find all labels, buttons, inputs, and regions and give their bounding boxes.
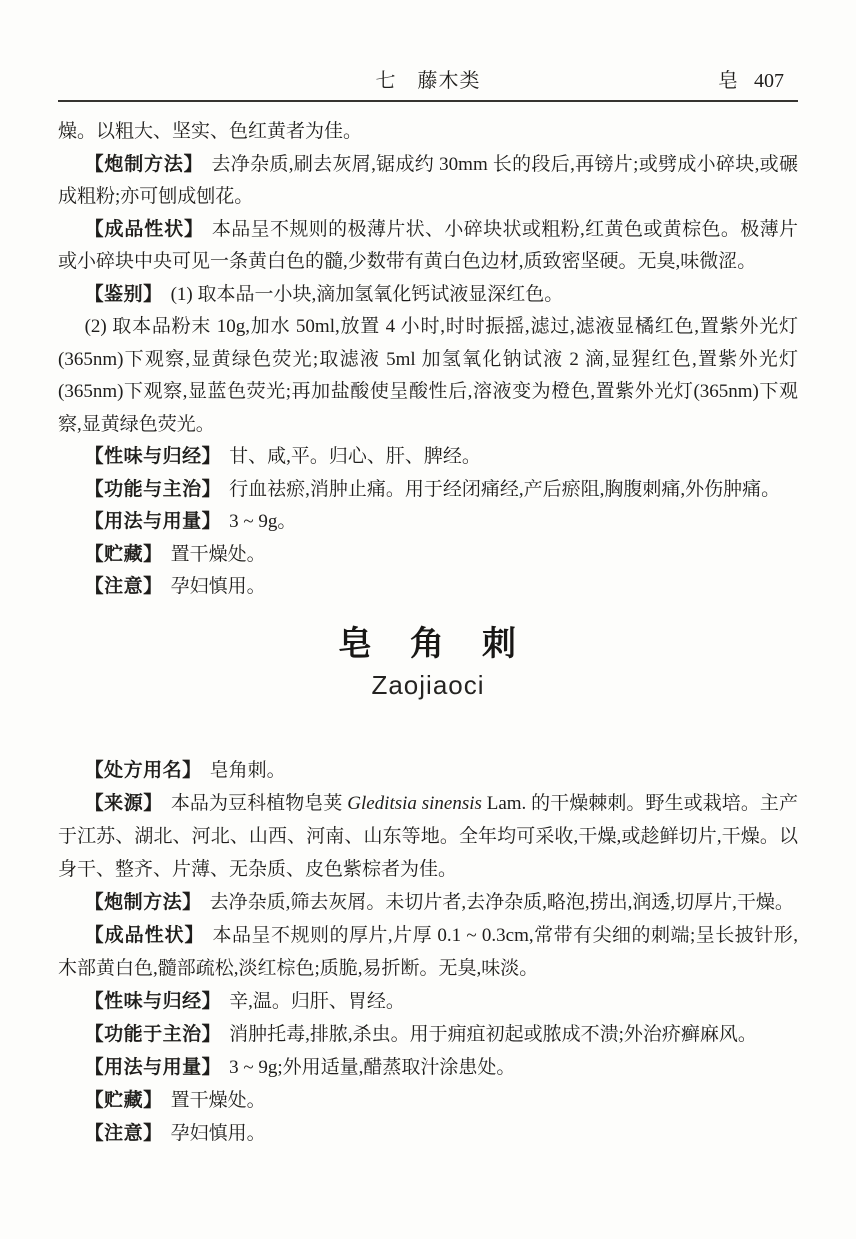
field-label: 【炮制方法】 [85,154,204,175]
field-label: 【功能于主治】 [85,1024,222,1045]
field-text: 去净杂质,筛去灰屑。未切片者,去净杂质,略泡,捞出,润透,切厚片,干燥。 [210,892,794,913]
field-label: 【鉴别】 [85,284,163,305]
paragraph-gongneng: 【功能于主治】消肿托毒,排脓,杀虫。用于痈疽初起或脓成不溃;外治疥癣麻风。 [58,1018,798,1051]
monograph-pinyin: Zaojiaoci [58,668,798,702]
latin-binomial: Gleditsia sinensis [347,793,482,814]
field-text: 燥。以粗大、坚实、色红黄者为佳。 [58,121,362,142]
paragraph-gongneng: 【功能与主治】行血祛瘀,消肿止痛。用于经闭痛经,产后瘀阻,胸腹刺痛,外伤肿痛。 [58,474,798,507]
paragraph-chufang: 【处方用名】皂角刺。 [58,754,798,787]
paragraph-yongfa: 【用法与用量】3 ~ 9g;外用适量,醋蒸取汁涂患处。 [58,1051,798,1084]
field-label: 【贮藏】 [85,544,163,565]
zaojiaoci-monograph-body: 【处方用名】皂角刺。 【来源】本品为豆科植物皂荚 Gleditsia sinen… [58,754,798,1150]
field-text: (1) 取本品一小块,滴加氢氧化钙试液显深红色。 [171,284,564,305]
field-text: 行血祛瘀,消肿止痛。用于经闭痛经,产后瘀阻,胸腹刺痛,外伤肿痛。 [229,479,780,500]
field-label: 【处方用名】 [85,760,202,781]
field-label: 【用法与用量】 [85,511,222,532]
paragraph-chengpin: 【成品性状】本品呈不规则的极薄片状、小碎块状或粗粉,红黄色或黄棕色。极薄片或小碎… [58,214,798,279]
paragraph-zhucang: 【贮藏】置干燥处。 [58,539,798,572]
field-text: 皂角刺。 [210,760,286,781]
monograph-heading: 皂 角 刺 Zaojiaoci [58,622,798,702]
field-text: 置干燥处。 [171,544,266,565]
book-page: 七 藤木类 皂407 燥。以粗大、坚实、色红黄者为佳。 【炮制方法】去净杂质,刷… [0,0,856,1239]
field-text: (2) 取本品粉末 10g,加水 50ml,放置 4 小时,时时振摇,滤过,滤液… [58,316,798,435]
monograph-title: 皂 角 刺 [58,622,798,666]
paragraph-jianbie-1: 【鉴别】(1) 取本品一小块,滴加氢氧化钙试液显深红色。 [58,279,798,312]
paragraph-zhucang: 【贮藏】置干燥处。 [58,1084,798,1117]
field-text: 辛,温。归肝、胃经。 [229,991,405,1012]
paragraph-xingwei: 【性味与归经】辛,温。归肝、胃经。 [58,985,798,1018]
field-label: 【功能与主治】 [85,479,222,500]
field-text: 甘、咸,平。归心、肝、脾经。 [229,446,481,467]
paragraph-zhuyi: 【注意】孕妇慎用。 [58,1117,798,1150]
paragraph-paozhi: 【炮制方法】去净杂质,筛去灰屑。未切片者,去净杂质,略泡,捞出,润透,切厚片,干… [58,886,798,919]
field-label: 【成品性状】 [85,925,205,946]
paragraph-continuation: 燥。以粗大、坚实、色红黄者为佳。 [58,116,798,149]
page-header-right: 皂407 [718,66,784,96]
paragraph-chengpin: 【成品性状】本品呈不规则的厚片,片厚 0.1 ~ 0.3cm,常带有尖细的刺端;… [58,919,798,985]
chapter-title: 七 藤木类 [376,66,481,96]
paragraph-paozhi: 【炮制方法】去净杂质,刷去灰屑,锯成约 30mm 长的段后,再镑片;或劈成小碎块… [58,149,798,214]
paragraph-zhuyi: 【注意】孕妇慎用。 [58,571,798,604]
paragraph-yongfa: 【用法与用量】3 ~ 9g。 [58,506,798,539]
field-label: 【来源】 [85,793,163,814]
field-label: 【成品性状】 [85,219,204,240]
section-index-word: 皂 [718,70,738,92]
field-text: 置干燥处。 [171,1090,266,1111]
field-label: 【注意】 [85,1123,163,1144]
field-label: 【炮制方法】 [85,892,202,913]
field-label: 【性味与归经】 [85,446,222,467]
field-text: 孕妇慎用。 [171,576,266,597]
field-label: 【贮藏】 [85,1090,163,1111]
page-number: 407 [754,70,784,92]
paragraph-xingwei: 【性味与归经】甘、咸,平。归心、肝、脾经。 [58,441,798,474]
field-label: 【用法与用量】 [85,1057,222,1078]
field-text: 孕妇慎用。 [171,1123,266,1144]
field-text: 3 ~ 9g。 [229,511,296,532]
field-label: 【性味与归经】 [85,991,222,1012]
page-header: 七 藤木类 皂407 [58,66,798,102]
field-text: 本品为豆科植物皂荚 [171,793,347,814]
paragraph-laiyuan: 【来源】本品为豆科植物皂荚 Gleditsia sinensis Lam. 的干… [58,787,798,886]
paragraph-jianbie-2: (2) 取本品粉末 10g,加水 50ml,放置 4 小时,时时振摇,滤过,滤液… [58,311,798,441]
field-text: 消肿托毒,排脓,杀虫。用于痈疽初起或脓成不溃;外治疥癣麻风。 [229,1024,757,1045]
field-label: 【注意】 [85,576,163,597]
previous-monograph-continuation: 燥。以粗大、坚实、色红黄者为佳。 【炮制方法】去净杂质,刷去灰屑,锯成约 30m… [58,116,798,604]
field-text: 3 ~ 9g;外用适量,醋蒸取汁涂患处。 [229,1057,515,1078]
